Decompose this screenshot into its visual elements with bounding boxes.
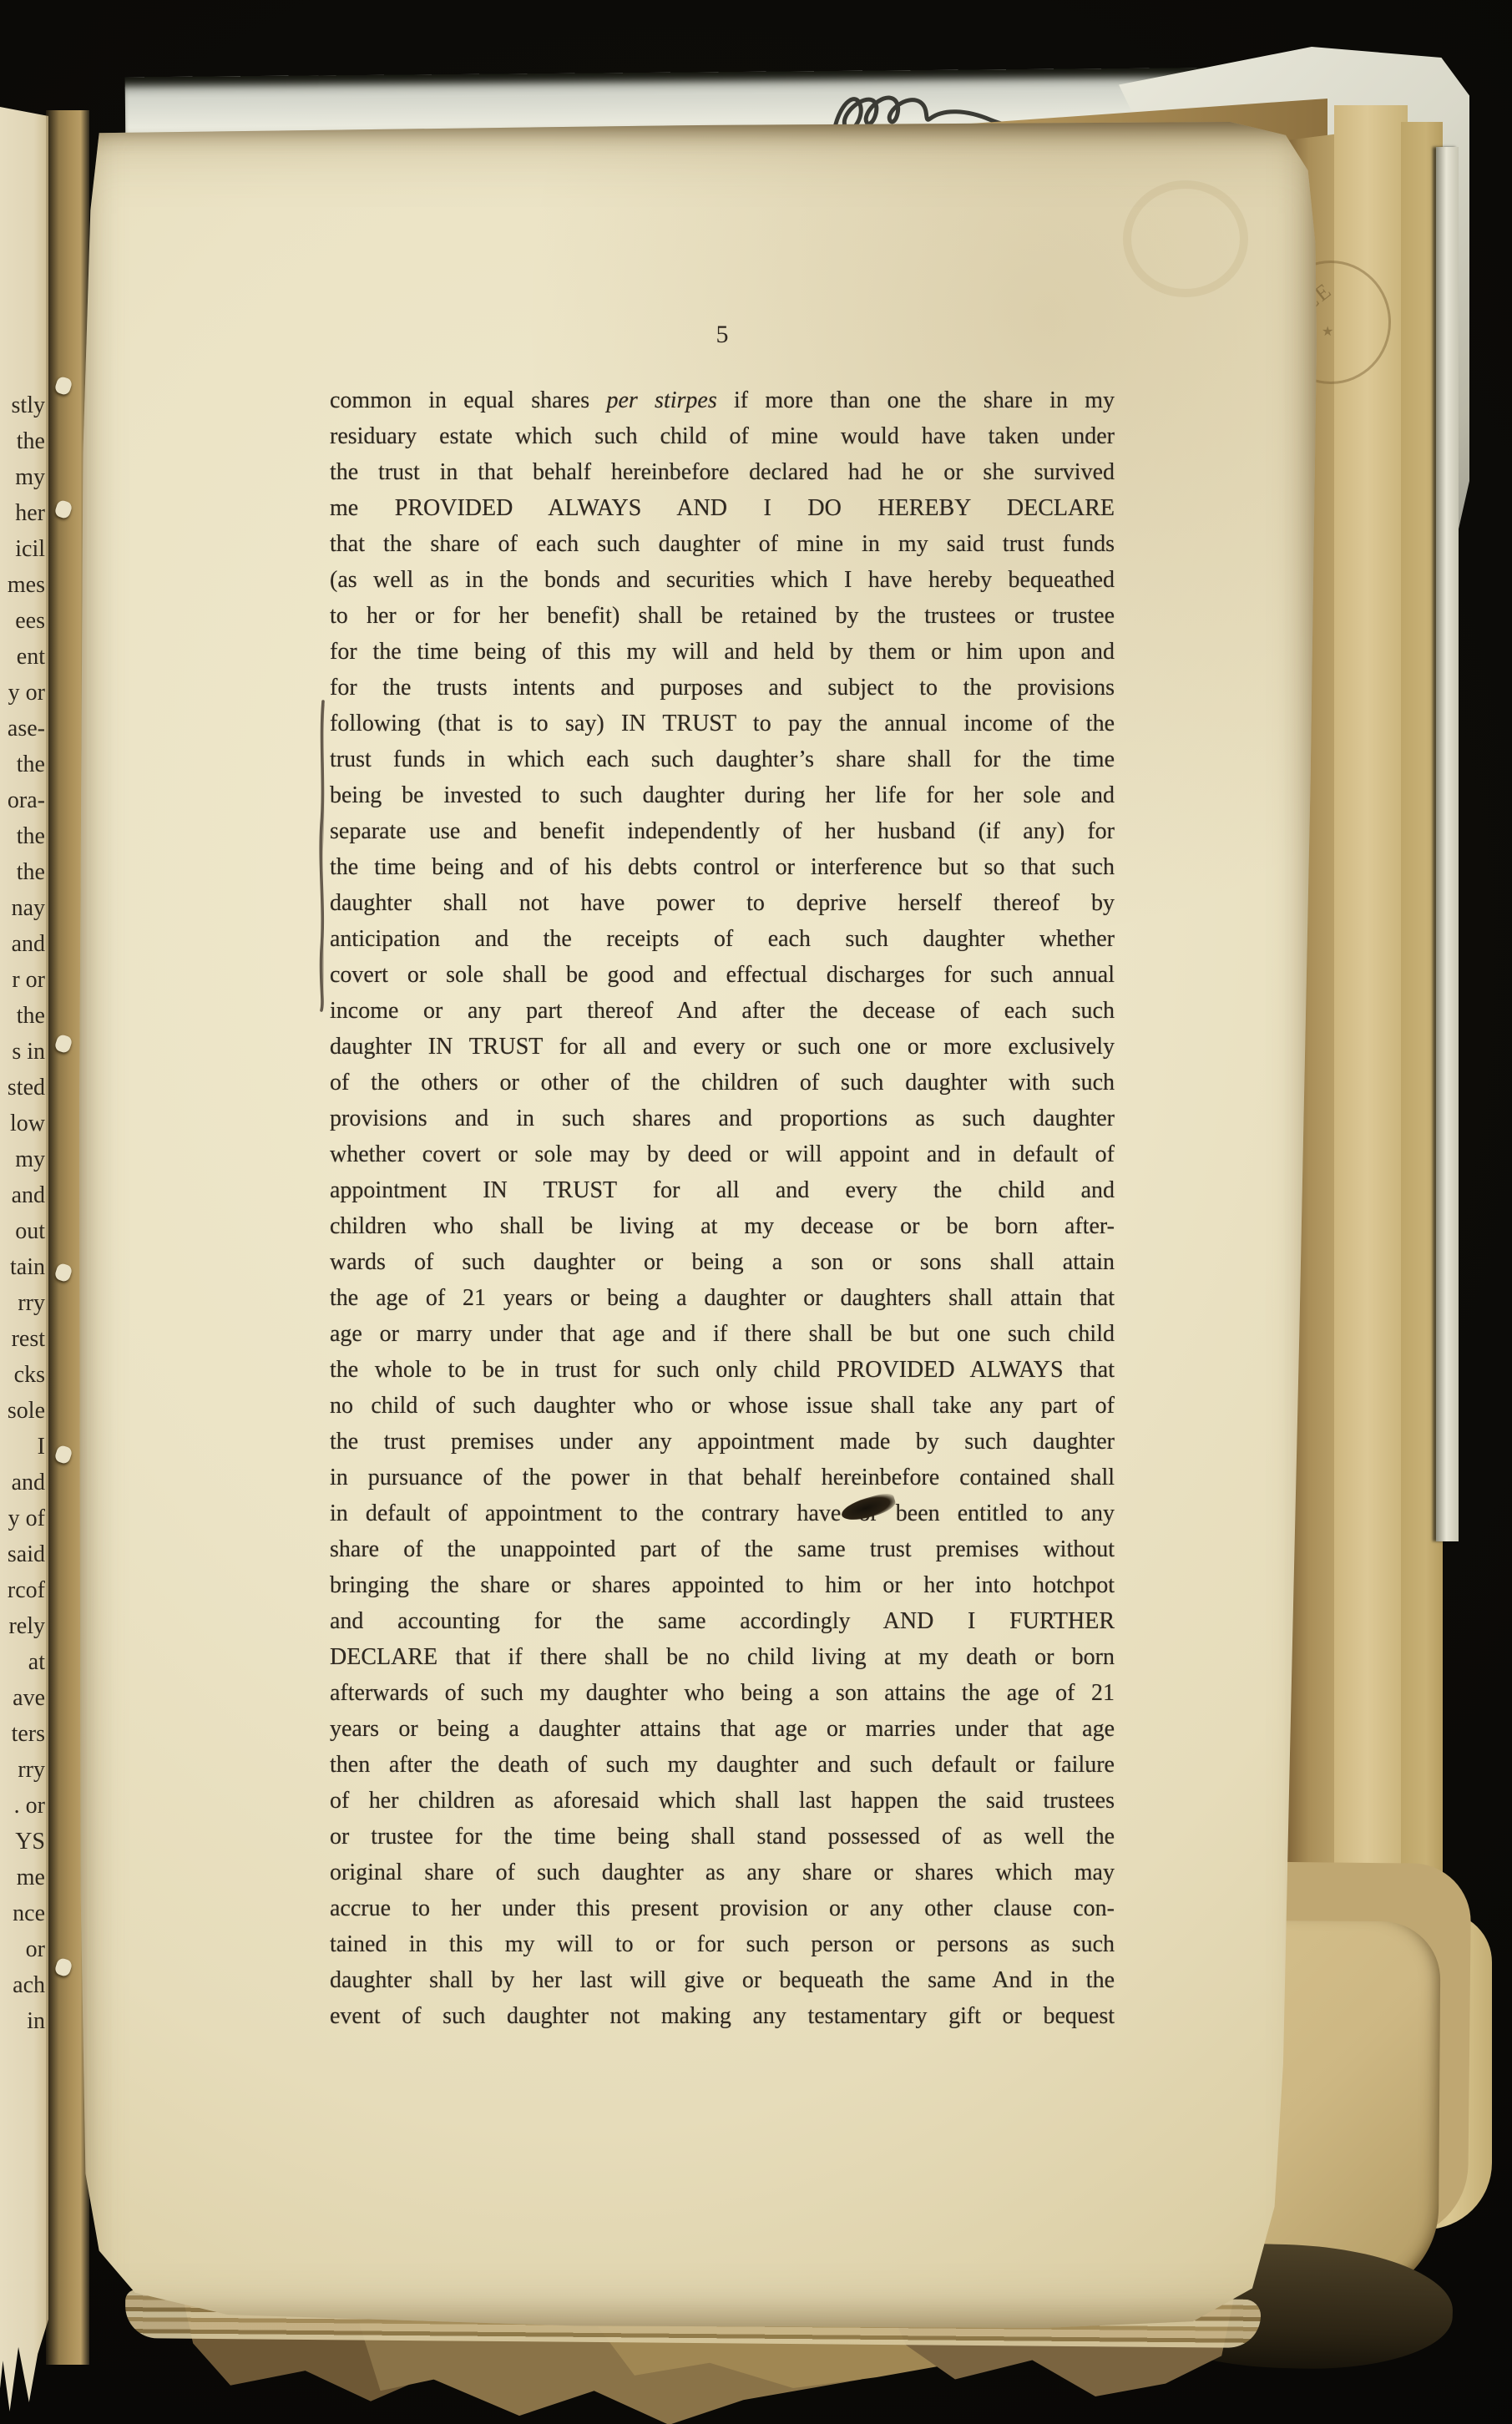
text-line: bringing the share or shares appointed t… (330, 1567, 1115, 1603)
marginalia-fragment: stly (2, 387, 45, 423)
marginalia-fragment: and (2, 1465, 45, 1500)
text-line: for the time being of this my will and h… (330, 634, 1115, 670)
text-line: for the trusts intents and purposes and … (330, 670, 1115, 706)
text-line: the time being and of his debts control … (330, 849, 1115, 885)
marginalia-fragment: her (2, 495, 45, 531)
marginalia-fragment: ora- (2, 782, 45, 818)
marginalia-fragment: r or (2, 962, 45, 998)
marginalia-fragment: said (2, 1536, 45, 1572)
binding-stitch (53, 1957, 73, 1978)
text-line: covert or sole shall be good and effectu… (330, 957, 1115, 993)
text-line: children who shall be living at my decea… (330, 1208, 1115, 1244)
marginalia-fragment: s in (2, 1034, 45, 1070)
marginalia-fragment: the (2, 423, 45, 459)
marginalia-fragment: low (2, 1106, 45, 1141)
marginalia-fragment: and (2, 1177, 45, 1213)
text-line: tained in this my will to or for such pe… (330, 1926, 1115, 1962)
marginalia-fragment: me (2, 1860, 45, 1895)
marginalia-fragment: ach (2, 1967, 45, 2003)
binding-stitch (53, 1263, 73, 1283)
marginalia-fragment: rely (2, 1608, 45, 1644)
text-line: being be invested to such daughter durin… (330, 777, 1115, 813)
marginalia-fragment: ase- (2, 711, 45, 746)
marginalia-fragment: ave (2, 1680, 45, 1716)
text-line: in pursuance of the power in that behalf… (330, 1460, 1115, 1495)
binding-stitch (53, 499, 73, 520)
marginalia-fragment: y of (2, 1500, 45, 1536)
text-line: wards of such daughter or being a son or… (330, 1244, 1115, 1280)
text-line: appointment IN TRUST for all and every t… (330, 1172, 1115, 1208)
white-sheet-edge (1436, 147, 1459, 1541)
marginalia-fragment: cks (2, 1357, 45, 1393)
text-line: anticipation and the receipts of each su… (330, 921, 1115, 957)
marginalia-fragment: out (2, 1213, 45, 1249)
marginalia-fragment: nay (2, 890, 45, 926)
document-page: 5 common in equal shares per stirpes if … (79, 122, 1317, 2328)
marginalia-fragment: icil (2, 531, 45, 567)
text-line: provisions and in such shares and propor… (330, 1101, 1115, 1136)
book-scan: CE ★ stlythemyhericilmeseesenty orase-th… (0, 0, 1512, 2424)
marginalia-fragment: rcof (2, 1572, 45, 1608)
marginalia-fragment: or (2, 1931, 45, 1967)
text-line: daughter shall not have power to deprive… (330, 885, 1115, 921)
marginalia-fragment: the (2, 854, 45, 890)
text-line: of the others or other of the children o… (330, 1065, 1115, 1101)
marginalia-fragment: my (2, 1141, 45, 1177)
marginalia-fragment: mes (2, 567, 45, 603)
marginalia-fragment: ters (2, 1716, 45, 1752)
text-line: age or marry under that age and if there… (330, 1316, 1115, 1352)
text-line: the whole to be in trust for such only c… (330, 1352, 1115, 1388)
marginalia-fragment: at (2, 1644, 45, 1680)
text-line: afterwards of such my daughter who being… (330, 1675, 1115, 1711)
text-line: following (that is to say) IN TRUST to p… (330, 706, 1115, 741)
marginalia-fragment: in (2, 2003, 45, 2039)
text-line: in default of appointment to the contrar… (330, 1495, 1115, 1531)
marginalia-fragment: the (2, 998, 45, 1034)
marginalia-fragment: and (2, 926, 45, 962)
text-line: daughter shall by her last will give or … (330, 1962, 1115, 1998)
text-line: me PROVIDED ALWAYS AND I DO HEREBY DECLA… (330, 490, 1115, 526)
marginalia-fragment: the (2, 746, 45, 782)
text-line: whether covert or sole may by deed or wi… (330, 1136, 1115, 1172)
marginalia-fragment: sted (2, 1070, 45, 1106)
marginalia-fragment: ent (2, 639, 45, 675)
text-line: event of such daughter not making any te… (330, 1998, 1115, 2034)
text-line: accrue to her under this present provisi… (330, 1890, 1115, 1926)
marginalia-fragment: rry (2, 1285, 45, 1321)
text-line: income or any part thereof And after the… (330, 993, 1115, 1029)
marginalia-fragment: rry (2, 1752, 45, 1788)
text-block: common in equal shares per stirpes if mo… (330, 382, 1115, 2034)
text-line: (as well as in the bonds and securities … (330, 562, 1115, 598)
binding-stitch (53, 1034, 73, 1055)
faint-stain-ring (1123, 180, 1248, 297)
marginalia-fragment: I (2, 1429, 45, 1465)
text-line: the trust in that behalf hereinbefore de… (330, 454, 1115, 490)
italic-phrase: per stirpes (606, 387, 716, 413)
text-line: that the share of each such daughter of … (330, 526, 1115, 562)
marginalia-fragment: tain (2, 1249, 45, 1285)
text-line: common in equal shares per stirpes if mo… (330, 382, 1115, 418)
text-line: share of the unappointed part of the sam… (330, 1531, 1115, 1567)
marginalia-fragment: my (2, 459, 45, 495)
text-line: DECLARE that if there shall be no child … (330, 1639, 1115, 1675)
text-line: original share of such daughter as any s… (330, 1855, 1115, 1890)
text-line: separate use and benefit independently o… (330, 813, 1115, 849)
stamp-star-icon: ★ (1322, 323, 1333, 340)
text-line: the trust premises under any appointment… (330, 1424, 1115, 1460)
page-number: 5 (668, 321, 776, 349)
text-line: to her or for her benefit) shall be reta… (330, 598, 1115, 634)
pencil-margin-mark (316, 700, 328, 1013)
text-line: trust funds in which each such daughter’… (330, 741, 1115, 777)
marginalia-fragment: nce (2, 1895, 45, 1931)
text-line: of her children as aforesaid which shall… (330, 1783, 1115, 1819)
text-line: residuary estate which such child of min… (330, 418, 1115, 454)
marginalia-fragment: the (2, 818, 45, 854)
text-line: and accounting for the same accordingly … (330, 1603, 1115, 1639)
text-line: no child of such daughter who or whose i… (330, 1388, 1115, 1424)
text-line: years or being a daughter attains that a… (330, 1711, 1115, 1747)
marginalia-fragment: rest (2, 1321, 45, 1357)
marginalia-fragment: . or (2, 1788, 45, 1824)
text-line: then after the death of such my daughter… (330, 1747, 1115, 1783)
binding-stitch (53, 376, 73, 397)
marginalia-fragment: sole (2, 1393, 45, 1429)
marginalia-fragment: ees (2, 603, 45, 639)
text-line: the age of 21 years or being a daughter … (330, 1280, 1115, 1316)
binding-stitch (53, 1445, 73, 1465)
marginalia-fragment: YS (2, 1824, 45, 1860)
facing-page-strip: stlythemyhericilmeseesenty orase-theora-… (0, 107, 48, 2411)
marginalia-column: stlythemyhericilmeseesenty orase-theora-… (2, 387, 45, 2039)
marginalia-fragment: y or (2, 675, 45, 711)
text-line: or trustee for the time being shall stan… (330, 1819, 1115, 1855)
text-line: daughter IN TRUST for all and every or s… (330, 1029, 1115, 1065)
